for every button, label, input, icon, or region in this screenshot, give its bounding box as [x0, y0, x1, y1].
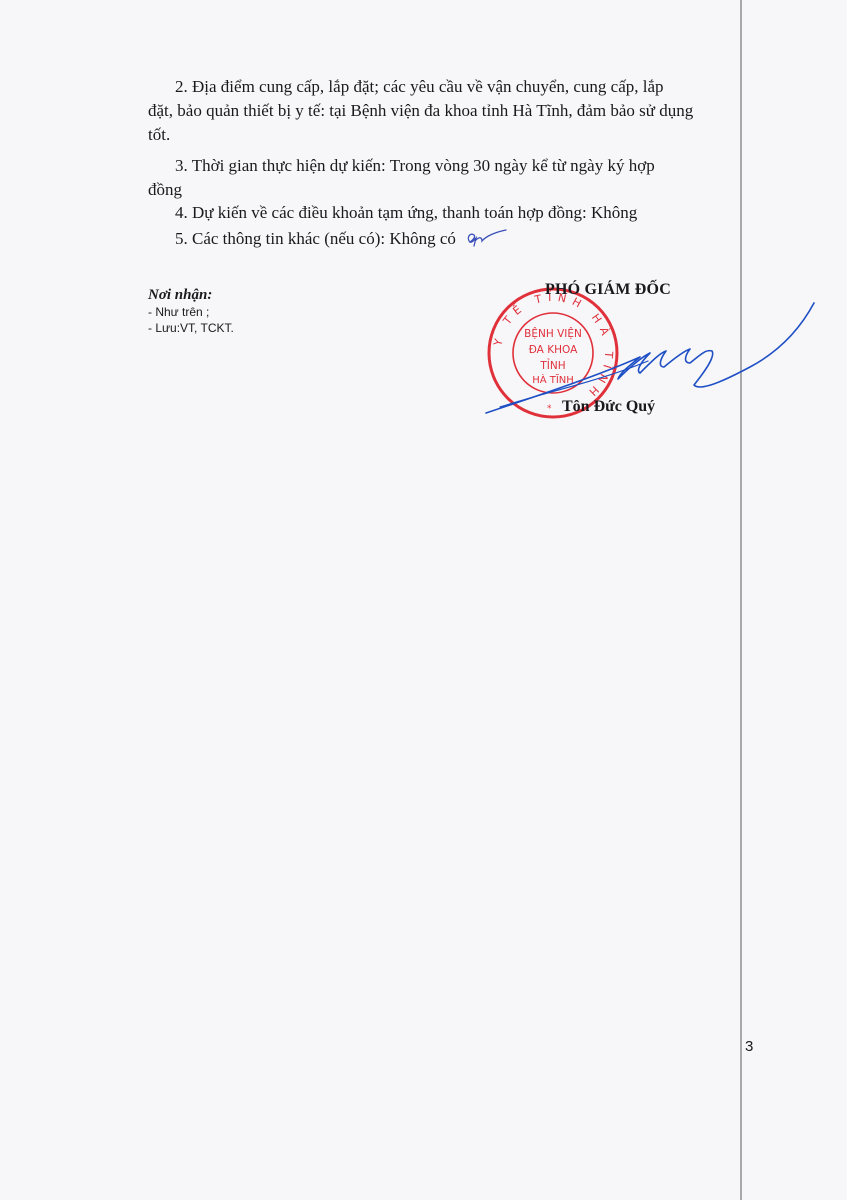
item-3-line-2: đồng: [148, 178, 748, 202]
page-number: 3: [745, 1038, 753, 1055]
item-4: 4. Dự kiến về các điều khoản tạm ứng, th…: [148, 201, 775, 225]
recipient-item: - Lưu:VT, TCKT.: [148, 320, 234, 336]
handwritten-initials-icon: [462, 228, 508, 248]
item-5: 5. Các thông tin khác (nếu có): Không có: [175, 229, 456, 248]
document-page: 2. Địa điểm cung cấp, lắp đặt; các yêu c…: [0, 0, 847, 1200]
recipient-item: - Như trên ;: [148, 304, 234, 320]
item-2-line-1: 2. Địa điểm cung cấp, lắp đặt; các yêu c…: [148, 75, 775, 99]
item-2-line-3: tốt.: [148, 123, 748, 147]
item-3-line-1: 3. Thời gian thực hiện dự kiến: Trong vò…: [148, 154, 775, 178]
recipients-title: Nơi nhận:: [148, 286, 234, 304]
recipients-block: Nơi nhận: - Như trên ; - Lưu:VT, TCKT.: [148, 286, 234, 336]
item-2-line-2: đặt, bảo quản thiết bị y tế: tại Bệnh vi…: [148, 99, 748, 123]
signer-name: Tôn Đức Quý: [562, 398, 655, 416]
item-5-row: 5. Các thông tin khác (nếu có): Không có: [148, 227, 775, 251]
